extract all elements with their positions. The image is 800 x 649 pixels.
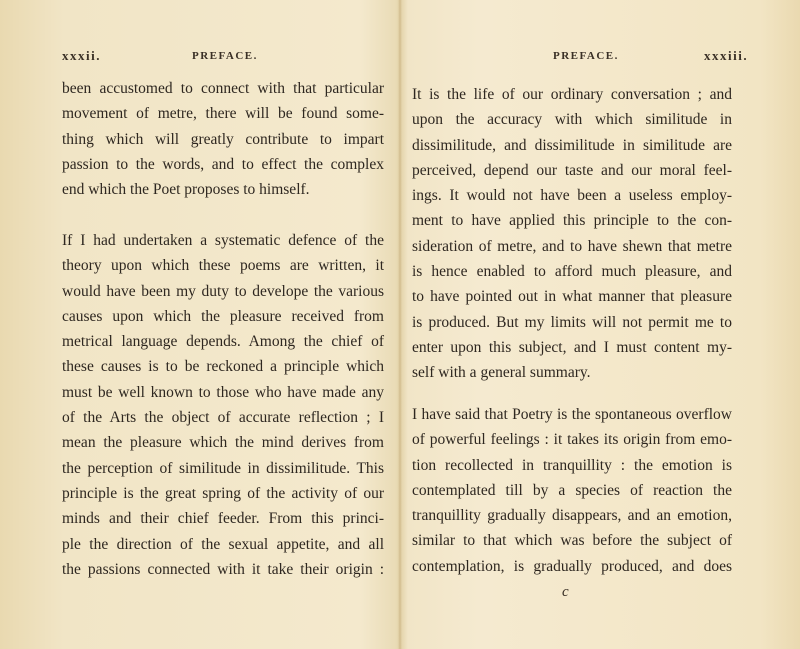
text-line: ple the direction of the sexual appetite… xyxy=(62,532,384,557)
text-line: upon the accuracy with which similitude … xyxy=(412,107,732,132)
text-line: contemplated till by a species of reacti… xyxy=(412,478,732,503)
left-running-title: PREFACE. xyxy=(192,50,258,62)
text-line: ment to have applied this principle to t… xyxy=(412,208,732,233)
left-page-number: xxxii. xyxy=(62,48,101,64)
text-line: these causes is to be reckoned a princip… xyxy=(62,354,384,379)
text-line: end which the Poet proposes to himself. xyxy=(62,177,384,202)
right-paragraph-1: It is the life of our ordinary conversat… xyxy=(412,82,732,386)
text-line: must be well known to those who have mad… xyxy=(62,380,384,405)
left-page: xxxii. PREFACE. been accustomed to conne… xyxy=(0,0,400,649)
text-line: movement of metre, there will be found s… xyxy=(62,101,384,126)
text-line: perceived, depend our taste and our mora… xyxy=(412,158,732,183)
text-line: If I had undertaken a systematic defence… xyxy=(62,228,384,253)
text-line: I have said that Poetry is the spontaneo… xyxy=(412,402,732,427)
right-running-title: PREFACE. xyxy=(553,50,619,62)
text-line: passion to the words, and to effect the … xyxy=(62,152,384,177)
text-line: mean the pleasure which the mind derives… xyxy=(62,430,384,455)
text-line: enter upon this subject, and I must cont… xyxy=(412,335,732,360)
text-line: tranquillity gradually disappears, and a… xyxy=(412,503,732,528)
text-line: the passions connected with it take thei… xyxy=(62,557,384,582)
text-line: is produced. But my limits will not perm… xyxy=(412,310,732,335)
text-line: the perception of similitude in dissimil… xyxy=(62,456,384,481)
text-line: is hence enabled to afford much pleasure… xyxy=(412,259,732,284)
text-line: metrical language depends. Among the chi… xyxy=(62,329,384,354)
text-line: contemplation, is gradually produced, an… xyxy=(412,554,732,579)
left-paragraph-2: If I had undertaken a systematic defence… xyxy=(62,228,384,582)
text-line: would have been my duty to develope the … xyxy=(62,279,384,304)
right-paragraph-2: I have said that Poetry is the spontaneo… xyxy=(412,402,732,579)
text-line: self with a general summary. xyxy=(412,360,732,385)
text-line: causes upon which the pleasure received … xyxy=(62,304,384,329)
text-line: minds and their chief feeder. From this … xyxy=(62,506,384,531)
text-line: ings. It would not have been a useless e… xyxy=(412,183,732,208)
right-page: PREFACE. xxxiii. It is the life of our o… xyxy=(400,0,800,649)
text-line: theory upon which these poems are writte… xyxy=(62,253,384,278)
text-line: of the Arts the object of accurate refle… xyxy=(62,405,384,430)
signature-mark: c xyxy=(562,584,569,601)
text-line: It is the life of our ordinary conversat… xyxy=(412,82,732,107)
book-spread: xxxii. PREFACE. been accustomed to conne… xyxy=(0,0,800,649)
right-page-number: xxxiii. xyxy=(704,48,748,64)
text-line: tion recollected in tranquillity : the e… xyxy=(412,453,732,478)
text-line: sideration of metre, and to have shewn t… xyxy=(412,234,732,259)
text-line: been accustomed to connect with that par… xyxy=(62,76,384,101)
text-line: thing which will greatly contribute to i… xyxy=(62,127,384,152)
text-line: principle is the great spring of the act… xyxy=(62,481,384,506)
left-paragraph-1: been accustomed to connect with that par… xyxy=(62,76,384,202)
text-line: dissimilitude, and dissimilitude in simi… xyxy=(412,133,732,158)
text-line: similar to that which was before the sub… xyxy=(412,528,732,553)
text-line: to have pointed out in what manner that … xyxy=(412,284,732,309)
text-line: of powerful feelings : it takes its orig… xyxy=(412,427,732,452)
